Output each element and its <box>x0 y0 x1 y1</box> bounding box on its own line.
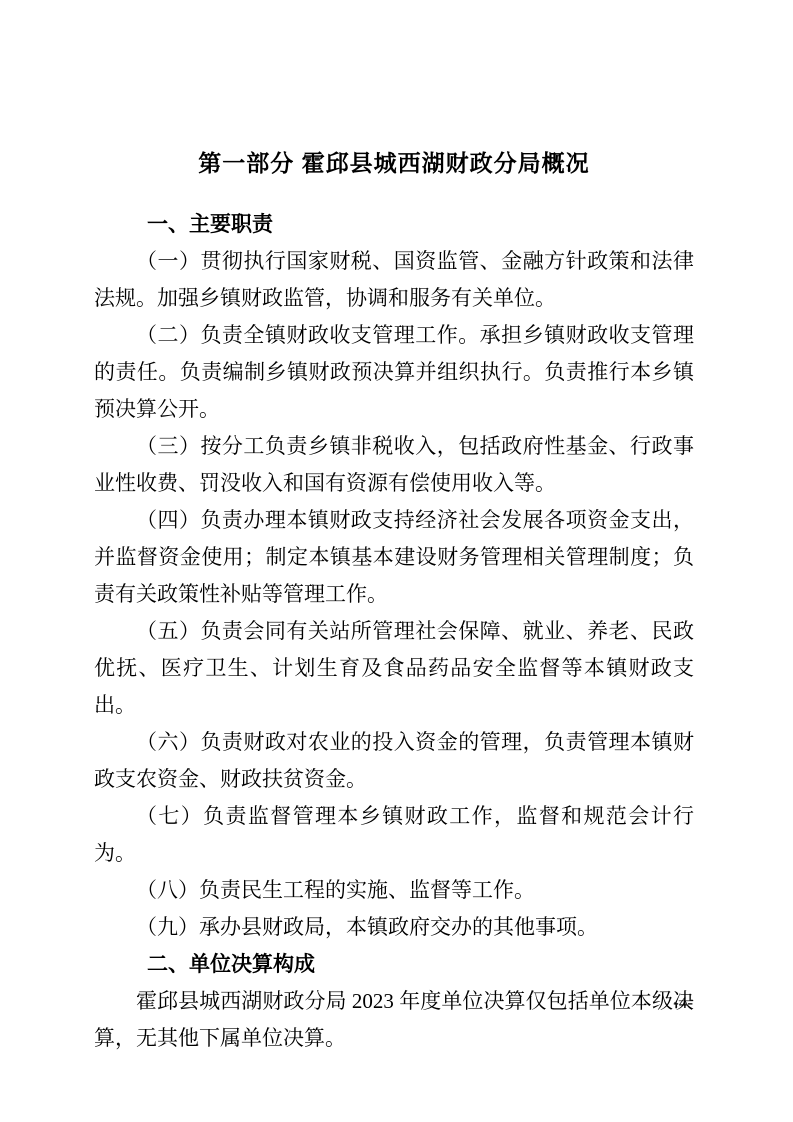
document-page: 第一部分 霍邱县城西湖财政分局概况 一、主要职责 （一）贯彻执行国家财税、国资监… <box>0 0 793 1122</box>
duty-paragraph-1: （一）贯彻执行国家财税、国资监管、金融方针政策和法律法规。加强乡镇财政监管，协调… <box>94 243 694 317</box>
duty-paragraph-5: （五）负责会同有关站所管理社会保障、就业、养老、民政优抚、医疗卫生、计划生育及食… <box>94 613 694 724</box>
page-number: -4- <box>673 988 693 1018</box>
document-title: 第一部分 霍邱县城西湖财政分局概况 <box>94 145 694 181</box>
section-heading-unit-composition: 二、单位决算构成 <box>94 946 694 983</box>
duty-paragraph-4: （四）负责办理本镇财政支持经济社会发展各项资金支出，并监督资金使用；制定本镇基本… <box>94 502 694 613</box>
duty-paragraph-9: （九）承办县财政局，本镇政府交办的其他事项。 <box>94 909 694 946</box>
duty-paragraph-3: （三）按分工负责乡镇非税收入，包括政府性基金、行政事业性收费、罚没收入和国有资源… <box>94 428 694 502</box>
section-heading-main-duties: 一、主要职责 <box>94 206 694 243</box>
composition-paragraph-1: 霍邱县城西湖财政分局 2023 年度单位决算仅包括单位本级决算，无其他下属单位决… <box>94 983 694 1057</box>
duty-paragraph-6: （六）负责财政对农业的投入资金的管理，负责管理本镇财政支农资金、财政扶贫资金。 <box>94 724 694 798</box>
duty-paragraph-2: （二）负责全镇财政收支管理工作。承担乡镇财政收支管理的责任。负责编制乡镇财政预决… <box>94 317 694 428</box>
document-content: 第一部分 霍邱县城西湖财政分局概况 一、主要职责 （一）贯彻执行国家财税、国资监… <box>94 145 694 1057</box>
duty-paragraph-7: （七）负责监督管理本乡镇财政工作，监督和规范会计行为。 <box>94 798 694 872</box>
duty-paragraph-8: （八）负责民生工程的实施、监督等工作。 <box>94 872 694 909</box>
